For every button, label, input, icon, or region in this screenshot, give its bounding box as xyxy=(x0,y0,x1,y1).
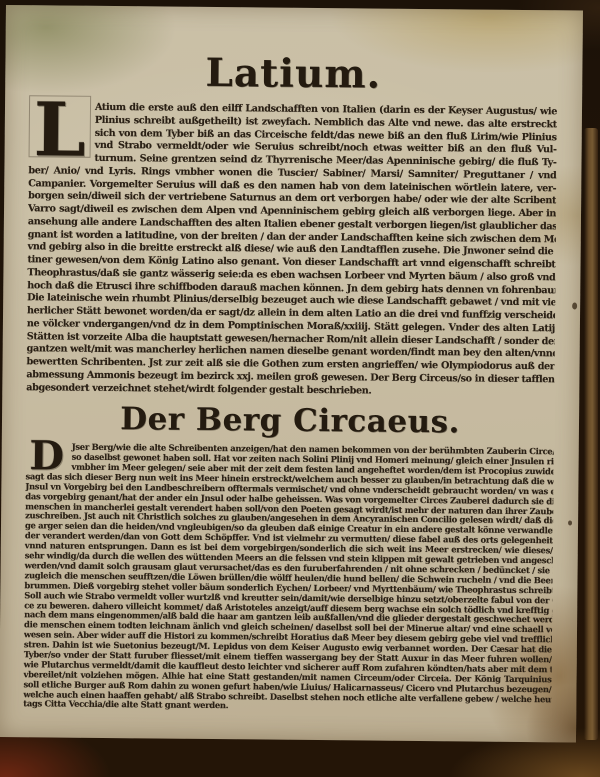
drop-cap-D: D xyxy=(26,439,68,472)
ink-speck xyxy=(568,520,572,525)
photo-background: Latium. L Atium die erste auß den eilff … xyxy=(0,0,600,777)
paragraph-berg-circaeus-lines: Jser Berg/wie die alte Schreibenten anze… xyxy=(23,442,554,714)
ink-speck xyxy=(572,302,577,309)
paragraph-latium: L Atium die erste auß den eilff Landscha… xyxy=(26,101,557,399)
book-page-edges xyxy=(584,128,598,740)
page-content: Latium. L Atium die erste auß den eilff … xyxy=(23,5,558,742)
paragraph-berg-circaeus: D Jser Berg/wie die alte Schreibenten an… xyxy=(23,442,554,714)
section-heading: Der Berg Circaeus. xyxy=(26,401,554,440)
book-page: Latium. L Atium die erste auß den eilff … xyxy=(0,5,583,743)
drop-cap-L: L xyxy=(29,95,92,158)
page-title: Latium. xyxy=(29,49,557,98)
paragraph-latium-lines: Atium die erste auß den eilff Landschaff… xyxy=(26,101,557,399)
